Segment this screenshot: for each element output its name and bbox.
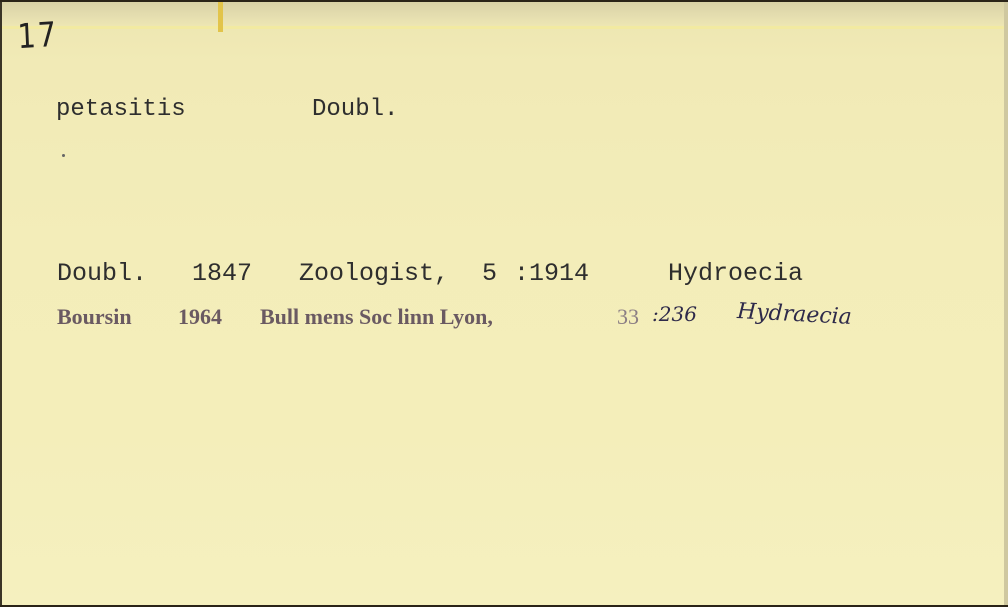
handwritten-genus: Hydraecia xyxy=(736,299,852,330)
species-author: Doubl. xyxy=(312,96,398,123)
reference-journal: Zoologist, xyxy=(299,259,449,288)
card-ruled-line xyxy=(2,26,1008,29)
reference-year: 1847 xyxy=(192,259,252,288)
reference-genus: Hydroecia xyxy=(668,259,803,288)
stamp-year: 1964 xyxy=(178,304,222,330)
card-edge xyxy=(1004,2,1008,605)
tab-mark xyxy=(218,2,223,32)
reference-volume: 5 xyxy=(482,259,497,288)
index-card: 17 petasitis Doubl. Doubl. 1847 Zoologis… xyxy=(0,2,1008,605)
handwritten-page: :236 xyxy=(652,302,697,326)
stamp-author: Boursin xyxy=(57,304,132,330)
card-number: 17 xyxy=(17,15,59,57)
stamp-volume: 33 xyxy=(617,304,639,330)
stamp-journal: Bull mens Soc linn Lyon, xyxy=(260,304,493,330)
species-name: petasitis xyxy=(56,96,186,123)
reference-page: :1914 xyxy=(514,259,589,288)
card-top-band xyxy=(2,2,1008,28)
reference-author: Doubl. xyxy=(57,259,147,288)
ink-speck xyxy=(62,154,65,157)
